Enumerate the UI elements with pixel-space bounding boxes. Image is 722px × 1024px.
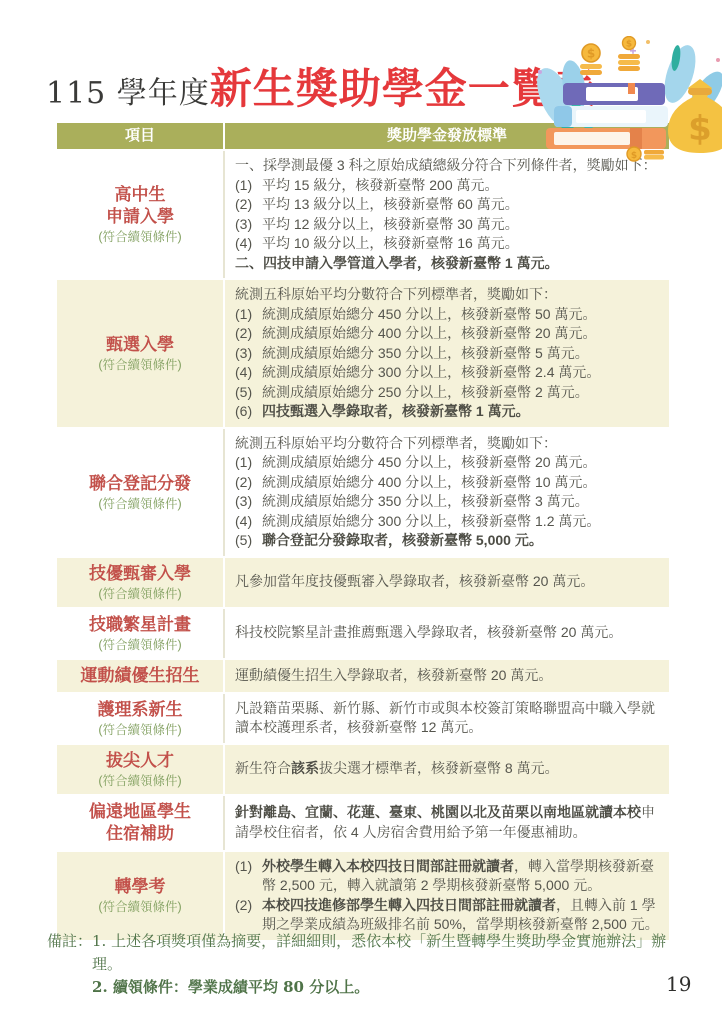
content-line: (2)本校四技進修部學生轉入四技日間部註冊就讀者，且轉入前 1 學期之學業成績為… — [235, 896, 663, 935]
item-text: 平均 13 級分以上，核發新臺幣 60 萬元。 — [262, 195, 663, 215]
text-segment: 平均 13 級分以上，核發新臺幣 60 萬元。 — [262, 196, 519, 212]
item-text: 統測成績原始總分 350 分以上，核發新臺幣 5 萬元。 — [262, 344, 663, 364]
row-label: 技優甄審入學 — [89, 563, 191, 585]
row-label: 申請入學 — [106, 206, 174, 228]
content-line: (1)統測成績原始總分 450 分以上，核發新臺幣 20 萬元。 — [235, 453, 663, 473]
content-line: 統測五科原始平均分數符合下列標準者，獎勵如下： — [235, 434, 663, 454]
column-header-item: 項目 — [57, 123, 225, 149]
title-year-prefix: 115 學年度 — [46, 76, 210, 111]
row-label: 拔尖人才 — [106, 750, 174, 772]
content-line: (4)統測成績原始總分 300 分以上，核發新臺幣 1.2 萬元。 — [235, 512, 663, 532]
table-row: 聯合登記分發(符合續領條件)統測五科原始平均分數符合下列標準者，獎勵如下：(1)… — [57, 429, 669, 556]
content-line: 針對離島、宜蘭、花蓮、臺東、桃園以北及苗栗以南地區就讀本校申請學校住宿者，依 4… — [235, 803, 663, 842]
books-coins-money-bag-illustration: $ $ $ $ — [530, 36, 722, 164]
row-label: 住宿補助 — [106, 823, 174, 845]
row-label-cell: 運動績優生招生 — [57, 660, 225, 692]
row-eligibility-note: (符合續領條件) — [98, 357, 181, 373]
content-line: (4)平均 10 級分以上，核發新臺幣 16 萬元。 — [235, 234, 663, 254]
svg-text:$: $ — [688, 109, 712, 149]
text-segment: 平均 10 級分以上，核發新臺幣 16 萬元。 — [262, 235, 519, 251]
item-marker: (3) — [235, 344, 262, 364]
row-standard-cell: 針對離島、宜蘭、花蓮、臺東、桃園以北及苗栗以南地區就讀本校申請學校住宿者，依 4… — [225, 796, 669, 850]
content-line: (1)統測成績原始總分 450 分以上，核發新臺幣 50 萬元。 — [235, 305, 663, 325]
item-text: 平均 12 級分以上，核發新臺幣 30 萬元。 — [262, 215, 663, 235]
row-eligibility-note: (符合續領條件) — [98, 722, 181, 738]
content-line: (3)統測成績原始總分 350 分以上，核發新臺幣 5 萬元。 — [235, 344, 663, 364]
item-marker: (1) — [235, 453, 262, 473]
text-segment: 科技校院繁星計畫推薦甄選入學錄取者，核發新臺幣 20 萬元。 — [235, 624, 622, 640]
item-text: 新生符合該系拔尖選才標準者，核發新臺幣 8 萬元。 — [235, 759, 663, 779]
text-segment: 統測成績原始總分 300 分以上，核發新臺幣 2.4 萬元。 — [262, 364, 600, 380]
content-line: 科技校院繁星計畫推薦甄選入學錄取者，核發新臺幣 20 萬元。 — [235, 623, 663, 643]
row-eligibility-note: (符合續領條件) — [98, 773, 181, 789]
table-row: 高中生申請入學(符合續領條件)一、採學測最優 3 科之原始成績總級分符合下列條件… — [57, 151, 669, 278]
item-marker: (2) — [235, 195, 262, 215]
row-standard-cell: 科技校院繁星計畫推薦甄選入學錄取者，核發新臺幣 20 萬元。 — [225, 609, 669, 658]
text-segment: 統測成績原始總分 400 分以上，核發新臺幣 20 萬元。 — [262, 325, 597, 341]
content-line: (6)四技甄選入學錄取者，核發新臺幣 1 萬元。 — [235, 402, 663, 422]
svg-text:$: $ — [626, 40, 632, 50]
row-label-cell: 甄選入學(符合續領條件) — [57, 280, 225, 427]
text-segment: 統測成績原始總分 450 分以上，核發新臺幣 20 萬元。 — [262, 454, 597, 470]
row-standard-cell: 凡設籍苗栗縣、新竹縣、新竹市或與本校簽訂策略聯盟高中職入學就讀本校護理系者，核發… — [225, 694, 669, 743]
table-row: 轉學考(符合續領條件)(1)外校學生轉入本校四技日間部註冊就讀者，轉入當學期核發… — [57, 852, 669, 940]
page-number: 19 — [666, 972, 691, 996]
item-text: 凡設籍苗栗縣、新竹縣、新竹市或與本校簽訂策略聯盟高中職入學就讀本校護理系者，核發… — [235, 699, 663, 738]
row-label: 偏遠地區學生 — [89, 801, 191, 823]
row-label-cell: 轉學考(符合續領條件) — [57, 852, 225, 940]
svg-text:$: $ — [631, 151, 637, 161]
item-text: 二、四技申請入學管道入學者，核發新臺幣 1 萬元。 — [235, 254, 663, 274]
content-line: (2)平均 13 級分以上，核發新臺幣 60 萬元。 — [235, 195, 663, 215]
item-marker: (3) — [235, 492, 262, 512]
item-marker: (4) — [235, 512, 262, 532]
row-eligibility-note: (符合續領條件) — [98, 899, 181, 915]
item-text: 本校四技進修部學生轉入四技日間部註冊就讀者，且轉入前 1 學期之學業成績為班級排… — [262, 896, 663, 935]
item-marker: (2) — [235, 473, 262, 493]
row-label: 甄選入學 — [106, 334, 174, 356]
bold-segment: 本校四技進修部學生轉入四技日間部註冊就讀者 — [262, 897, 556, 913]
table-row: 護理系新生(符合續領條件)凡設籍苗栗縣、新竹縣、新竹市或與本校簽訂策略聯盟高中職… — [57, 694, 669, 743]
item-marker: (3) — [235, 215, 262, 235]
content-line: 凡設籍苗栗縣、新竹縣、新竹市或與本校簽訂策略聯盟高中職入學就讀本校護理系者，核發… — [235, 699, 663, 738]
table-row: 技優甄審入學(符合續領條件)凡參加當年度技優甄審入學錄取者，核發新臺幣 20 萬… — [57, 558, 669, 607]
item-text: 統測成績原始總分 400 分以上，核發新臺幣 20 萬元。 — [262, 324, 663, 344]
content-line: 運動績優生招生入學錄取者，核發新臺幣 20 萬元。 — [235, 666, 663, 686]
row-label: 轉學考 — [115, 876, 166, 898]
book-stack-icon: $ — [546, 83, 668, 161]
row-eligibility-note: (符合續領條件) — [98, 637, 181, 653]
bold-segment: 四技甄選入學錄取者，核發新臺幣 1 萬元。 — [262, 403, 530, 419]
item-marker: (2) — [235, 324, 262, 344]
row-label: 技職繁星計畫 — [89, 614, 191, 636]
item-text: 凡參加當年度技優甄審入學錄取者，核發新臺幣 20 萬元。 — [235, 572, 663, 592]
item-text: 外校學生轉入本校四技日間部註冊就讀者，轉入當學期核發新臺幣 2,500 元，轉入… — [262, 857, 663, 896]
row-eligibility-note: (符合續領條件) — [98, 496, 181, 512]
item-marker: (2) — [235, 896, 262, 935]
table-body: 高中生申請入學(符合續領條件)一、採學測最優 3 科之原始成績總級分符合下列條件… — [57, 151, 669, 940]
table-row: 運動績優生招生運動績優生招生入學錄取者，核發新臺幣 20 萬元。 — [57, 660, 669, 692]
text-segment: 統測五科原始平均分數符合下列標準者，獎勵如下： — [235, 435, 557, 451]
item-text: 針對離島、宜蘭、花蓮、臺東、桃園以北及苗栗以南地區就讀本校申請學校住宿者，依 4… — [235, 803, 663, 842]
text-segment: 統測成績原始總分 400 分以上，核發新臺幣 10 萬元。 — [262, 474, 597, 490]
item-text: 四技甄選入學錄取者，核發新臺幣 1 萬元。 — [262, 402, 663, 422]
bold-segment: 聯合登記分發錄取者，核發新臺幣 5,000 元。 — [262, 532, 543, 548]
bold-segment: 針對離島、宜蘭、花蓮、臺東、桃園以北及苗栗以南地區就讀本校 — [235, 804, 641, 820]
bold-segment: 二、四技申請入學管道入學者，核發新臺幣 1 萬元。 — [235, 255, 559, 271]
text-segment: 凡參加當年度技優甄審入學錄取者，核發新臺幣 20 萬元。 — [235, 573, 594, 589]
content-line: (1)外校學生轉入本校四技日間部註冊就讀者，轉入當學期核發新臺幣 2,500 元… — [235, 857, 663, 896]
row-label-cell: 技職繁星計畫(符合續領條件) — [57, 609, 225, 658]
text-segment: 新生符合 — [235, 760, 291, 776]
content-line: (3)統測成績原始總分 350 分以上，核發新臺幣 3 萬元。 — [235, 492, 663, 512]
table-row: 甄選入學(符合續領條件)統測五科原始平均分數符合下列標準者，獎勵如下：(1)統測… — [57, 280, 669, 427]
row-standard-cell: 統測五科原始平均分數符合下列標準者，獎勵如下：(1)統測成績原始總分 450 分… — [225, 429, 669, 556]
text-segment: 統測成績原始總分 350 分以上，核發新臺幣 3 萬元。 — [262, 493, 589, 509]
row-label-cell: 拔尖人才(符合續領條件) — [57, 745, 225, 794]
text-segment: 平均 12 級分以上，核發新臺幣 30 萬元。 — [262, 216, 519, 232]
item-text: 聯合登記分發錄取者，核發新臺幣 5,000 元。 — [262, 531, 663, 551]
content-line: (4)統測成績原始總分 300 分以上，核發新臺幣 2.4 萬元。 — [235, 363, 663, 383]
item-text: 統測五科原始平均分數符合下列標準者，獎勵如下： — [235, 434, 663, 454]
row-label: 護理系新生 — [98, 699, 183, 721]
table-row: 技職繁星計畫(符合續領條件)科技校院繁星計畫推薦甄選入學錄取者，核發新臺幣 20… — [57, 609, 669, 658]
footer-note: 2. 續領條件：學業成績平均 80 分以上。 — [92, 976, 695, 999]
item-text: 統測成績原始總分 300 分以上，核發新臺幣 2.4 萬元。 — [262, 363, 663, 383]
content-line: 二、四技申請入學管道入學者，核發新臺幣 1 萬元。 — [235, 254, 663, 274]
text-segment: 統測成績原始總分 450 分以上，核發新臺幣 50 萬元。 — [262, 306, 597, 322]
item-marker: (4) — [235, 363, 262, 383]
item-marker: (1) — [235, 305, 262, 325]
footer-note: 1. 上述各項獎項僅為摘要，詳細細則，悉依本校「新生暨轉學生獎助學金實施辦法」辦… — [92, 930, 695, 976]
table-row: 偏遠地區學生住宿補助針對離島、宜蘭、花蓮、臺東、桃園以北及苗栗以南地區就讀本校申… — [57, 796, 669, 850]
text-segment: 平均 15 級分，核發新臺幣 200 萬元。 — [262, 177, 499, 193]
content-line: (5)聯合登記分發錄取者，核發新臺幣 5,000 元。 — [235, 531, 663, 551]
item-marker: (5) — [235, 383, 262, 403]
row-label: 聯合登記分發 — [89, 473, 191, 495]
row-eligibility-note: (符合續領條件) — [98, 586, 181, 602]
row-label: 運動績優生招生 — [81, 665, 200, 687]
row-standard-cell: (1)外校學生轉入本校四技日間部註冊就讀者，轉入當學期核發新臺幣 2,500 元… — [225, 852, 669, 940]
item-text: 平均 15 級分，核發新臺幣 200 萬元。 — [262, 176, 663, 196]
row-label: 高中生 — [115, 184, 166, 206]
content-line: 新生符合該系拔尖選才標準者，核發新臺幣 8 萬元。 — [235, 759, 663, 779]
footer-note-list: 1. 上述各項獎項僅為摘要，詳細細則，悉依本校「新生暨轉學生獎助學金實施辦法」辦… — [92, 930, 695, 999]
item-marker: (1) — [235, 857, 262, 896]
row-label-cell: 偏遠地區學生住宿補助 — [57, 796, 225, 850]
row-standard-cell: 凡參加當年度技優甄審入學錄取者，核發新臺幣 20 萬元。 — [225, 558, 669, 607]
row-label-cell: 高中生申請入學(符合續領條件) — [57, 151, 225, 278]
item-marker: (6) — [235, 402, 262, 422]
svg-text:$: $ — [587, 47, 595, 61]
document-page: 115 學年度新生獎助學金一覽表 $ $ — [0, 0, 722, 1024]
item-text: 統測成績原始總分 400 分以上，核發新臺幣 10 萬元。 — [262, 473, 663, 493]
content-line: (5)統測成績原始總分 250 分以上，核發新臺幣 2 萬元。 — [235, 383, 663, 403]
coin-stack-icon: $ $ — [580, 37, 640, 76]
item-text: 統測成績原始總分 450 分以上，核發新臺幣 20 萬元。 — [262, 453, 663, 473]
table-row: 拔尖人才(符合續領條件)新生符合該系拔尖選才標準者，核發新臺幣 8 萬元。 — [57, 745, 669, 794]
item-marker: (5) — [235, 531, 262, 551]
item-text: 統測成績原始總分 450 分以上，核發新臺幣 50 萬元。 — [262, 305, 663, 325]
text-segment: 統測成績原始總分 350 分以上，核發新臺幣 5 萬元。 — [262, 345, 589, 361]
item-text: 科技校院繁星計畫推薦甄選入學錄取者，核發新臺幣 20 萬元。 — [235, 623, 663, 643]
content-line: (1)平均 15 級分，核發新臺幣 200 萬元。 — [235, 176, 663, 196]
text-segment: 統測五科原始平均分數符合下列標準者，獎勵如下： — [235, 286, 557, 302]
item-text: 運動績優生招生入學錄取者，核發新臺幣 20 萬元。 — [235, 666, 663, 686]
item-text: 平均 10 級分以上，核發新臺幣 16 萬元。 — [262, 234, 663, 254]
content-line: (3)平均 12 級分以上，核發新臺幣 30 萬元。 — [235, 215, 663, 235]
content-line: (2)統測成績原始總分 400 分以上，核發新臺幣 20 萬元。 — [235, 324, 663, 344]
content-line: 凡參加當年度技優甄審入學錄取者，核發新臺幣 20 萬元。 — [235, 572, 663, 592]
text-segment: 運動績優生招生入學錄取者，核發新臺幣 20 萬元。 — [235, 667, 552, 683]
row-label-cell: 護理系新生(符合續領條件) — [57, 694, 225, 743]
scholarship-table: 項目 獎助學金發放標準 高中生申請入學(符合續領條件)一、採學測最優 3 科之原… — [57, 123, 669, 940]
row-label-cell: 技優甄審入學(符合續領條件) — [57, 558, 225, 607]
page-title: 115 學年度新生獎助學金一覽表 — [46, 56, 597, 116]
item-text: 統測成績原始總分 250 分以上，核發新臺幣 2 萬元。 — [262, 383, 663, 403]
footer-notes: 備註： 1. 上述各項獎項僅為摘要，詳細細則，悉依本校「新生暨轉學生獎助學金實施… — [47, 930, 695, 999]
content-line: 統測五科原始平均分數符合下列標準者，獎勵如下： — [235, 285, 663, 305]
item-marker: (1) — [235, 176, 262, 196]
row-eligibility-note: (符合續領條件) — [98, 229, 181, 245]
item-marker: (4) — [235, 234, 262, 254]
content-line: (2)統測成績原始總分 400 分以上，核發新臺幣 10 萬元。 — [235, 473, 663, 493]
item-text: 統測成績原始總分 300 分以上，核發新臺幣 1.2 萬元。 — [262, 512, 663, 532]
row-standard-cell: 統測五科原始平均分數符合下列標準者，獎勵如下：(1)統測成績原始總分 450 分… — [225, 280, 669, 427]
bold-segment: 外校學生轉入本校四技日間部註冊就讀者 — [262, 858, 514, 874]
item-text: 統測成績原始總分 350 分以上，核發新臺幣 3 萬元。 — [262, 492, 663, 512]
row-label-cell: 聯合登記分發(符合續領條件) — [57, 429, 225, 556]
row-standard-cell: 一、採學測最優 3 科之原始成績總級分符合下列條件者，獎勵如下：(1)平均 15… — [225, 151, 669, 278]
item-text: 統測五科原始平均分數符合下列標準者，獎勵如下： — [235, 285, 663, 305]
text-segment: 拔尖選才標準者，核發新臺幣 8 萬元。 — [319, 760, 559, 776]
text-segment: 凡設籍苗栗縣、新竹縣、新竹市或與本校簽訂策略聯盟高中職入學就讀本校護理系者，核發… — [235, 700, 655, 736]
footer-label: 備註： — [47, 930, 92, 999]
row-standard-cell: 運動績優生招生入學錄取者，核發新臺幣 20 萬元。 — [225, 660, 669, 692]
text-segment: 統測成績原始總分 300 分以上，核發新臺幣 1.2 萬元。 — [262, 513, 600, 529]
text-segment: 統測成績原始總分 250 分以上，核發新臺幣 2 萬元。 — [262, 384, 589, 400]
row-standard-cell: 新生符合該系拔尖選才標準者，核發新臺幣 8 萬元。 — [225, 745, 669, 794]
bold-segment: 該系 — [291, 760, 319, 776]
